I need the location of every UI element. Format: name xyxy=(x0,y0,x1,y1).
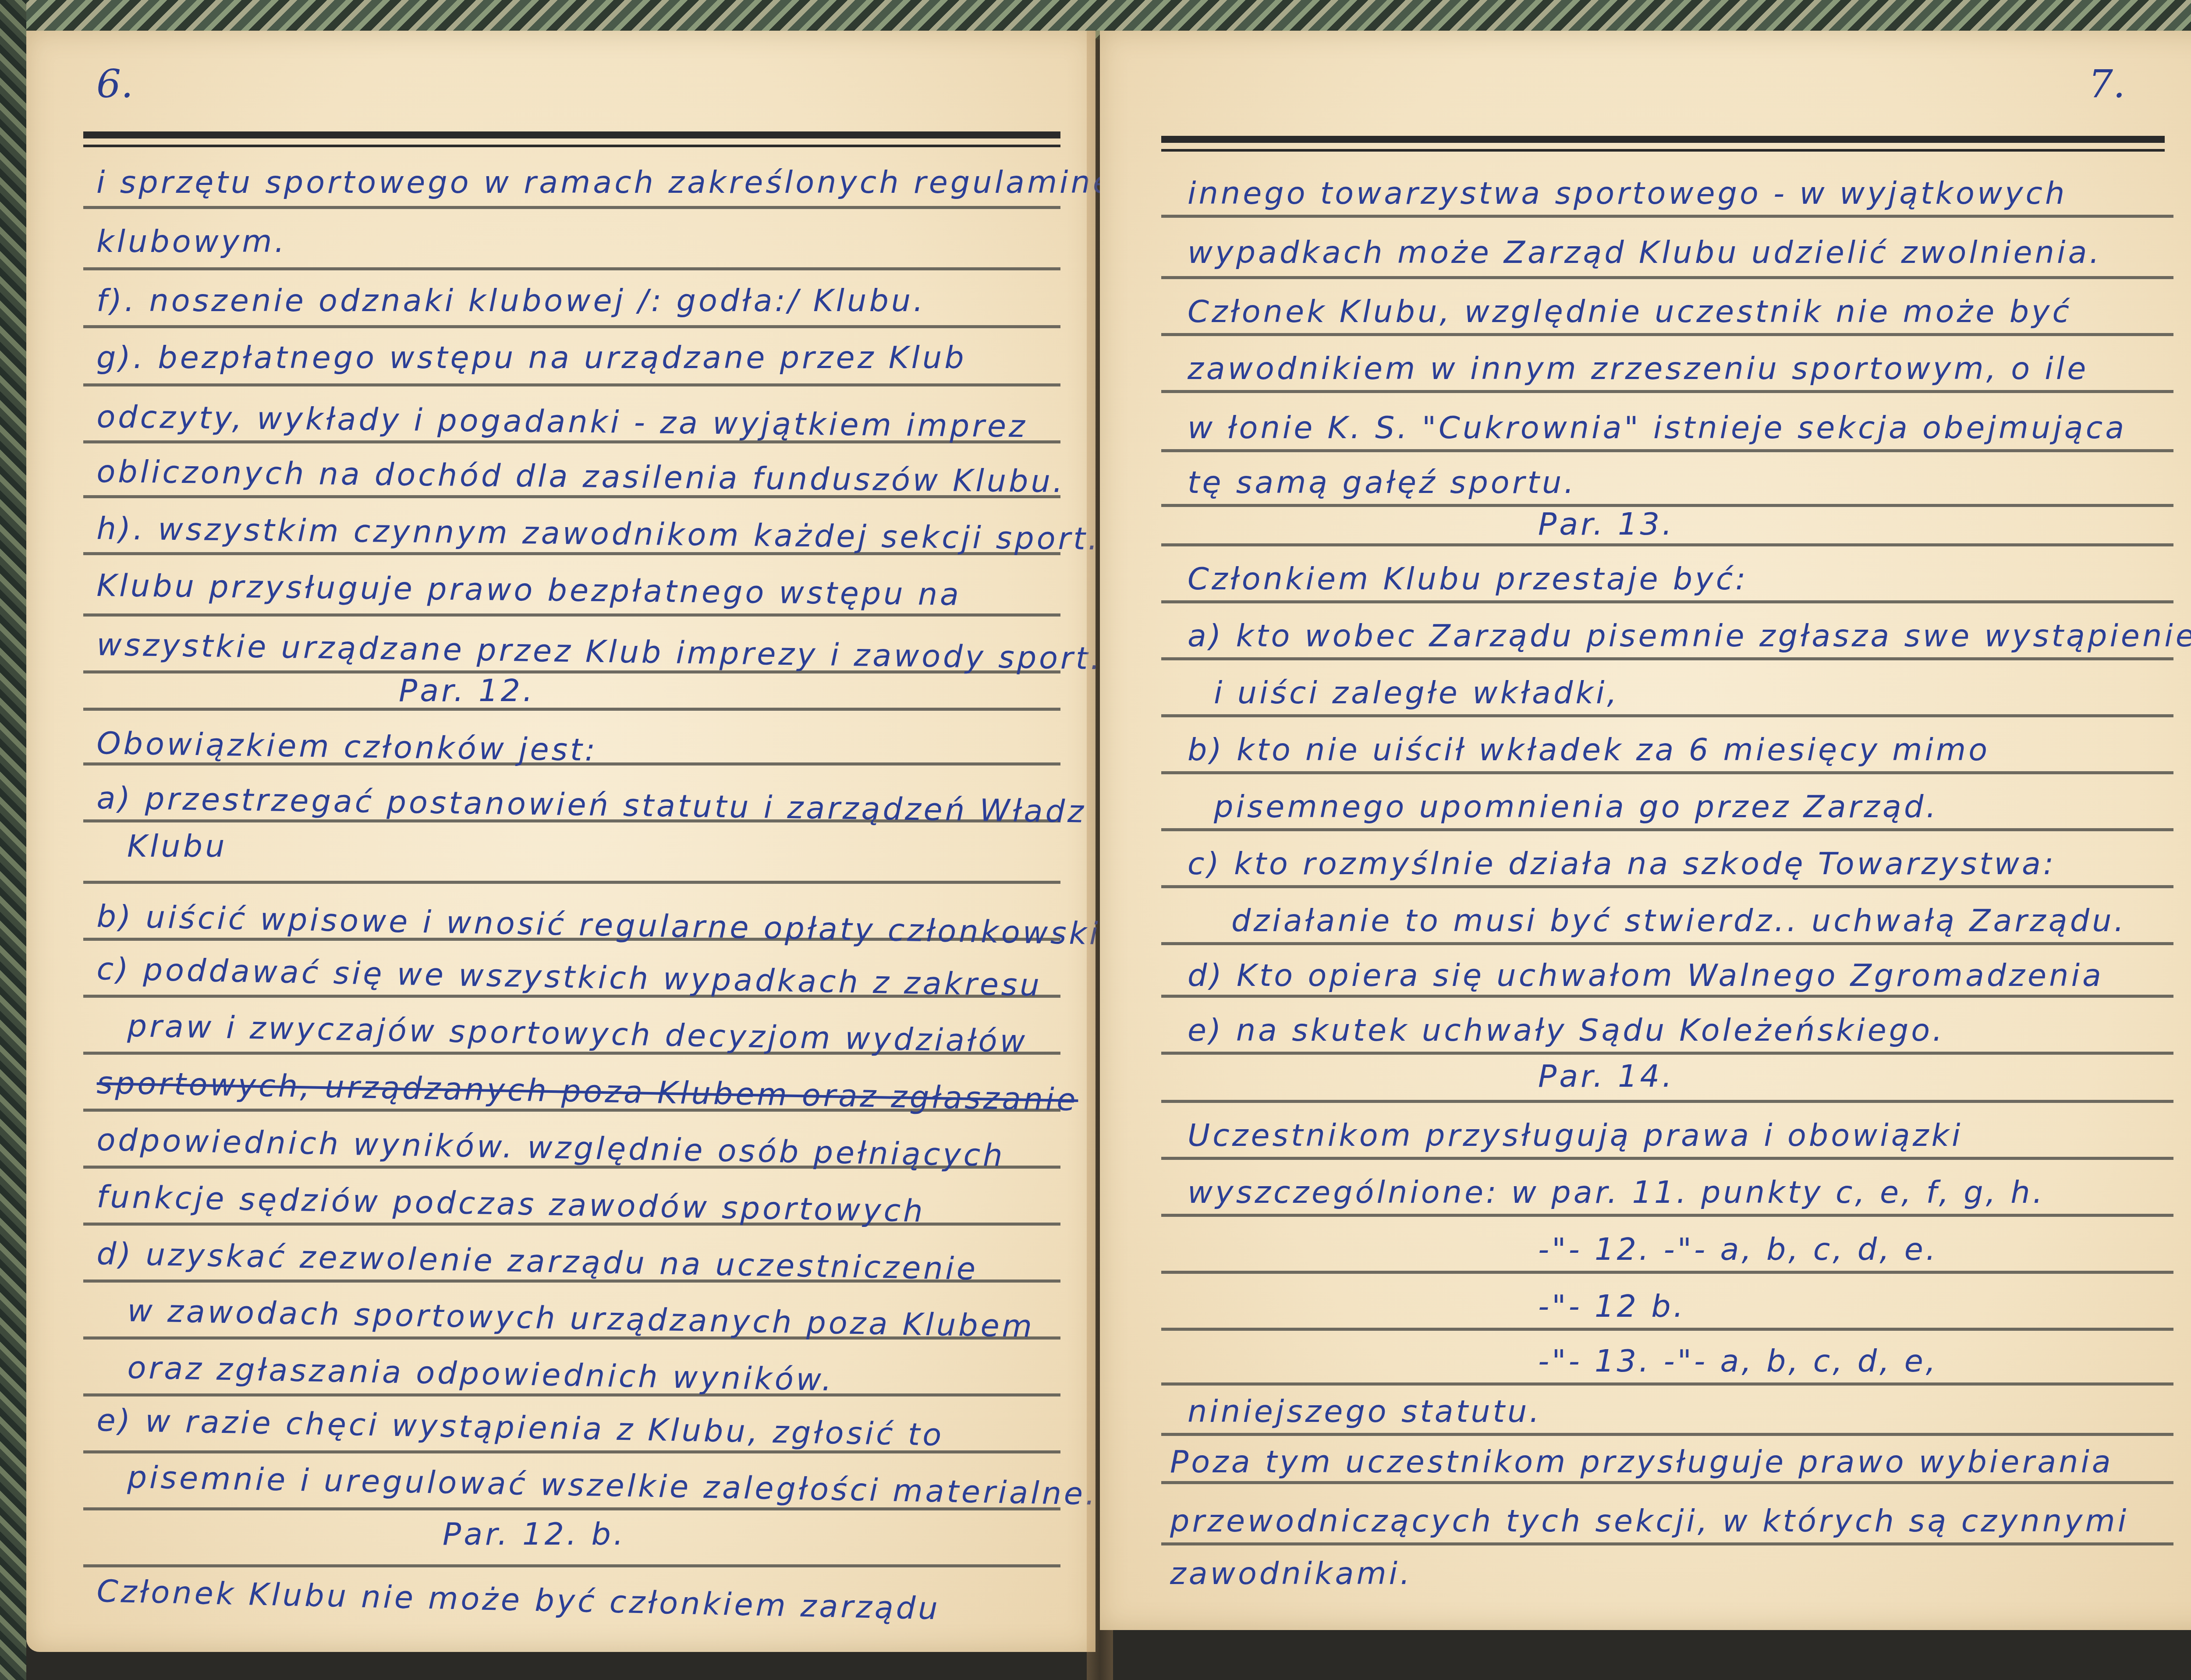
handwritten-line: pisemnie i uregulować wszelkie zaległośc… xyxy=(127,1459,1098,1512)
ruled-line xyxy=(83,206,1060,209)
handwritten-line: f). noszenie odznaki klubowej /: godła:/… xyxy=(96,283,925,319)
handwritten-line: Członek Klubu nie może być członkiem zar… xyxy=(96,1573,940,1627)
handwritten-line: -"- 13. -"- a, b, c, d, e, xyxy=(1538,1343,1938,1379)
ruled-line xyxy=(1161,333,2173,336)
handwritten-line: g). bezpłatnego wstępu na urządzane prze… xyxy=(96,340,967,376)
ruled-line xyxy=(1161,714,2173,717)
handwritten-line: oraz zgłaszania odpowiednich wyników. xyxy=(127,1350,834,1398)
handwritten-line: -"- 12. -"- a, b, c, d, e. xyxy=(1538,1231,1938,1267)
handwritten-line: obliczonych na dochód dla zasilenia fund… xyxy=(96,454,1066,500)
handwritten-line: w łonie K. S. "Cukrownia" istnieje sekcj… xyxy=(1188,410,2127,446)
handwritten-line: funkcje sędziów podczas zawodów sportowy… xyxy=(96,1179,925,1229)
page-number: 7. xyxy=(2088,61,2125,106)
ruled-line xyxy=(1161,1214,2173,1217)
handwritten-line: d) Kto opiera się uchwałom Walnego Zgrom… xyxy=(1188,957,2104,993)
ruled-line xyxy=(1161,1542,2173,1545)
ruled-line xyxy=(83,613,1060,617)
ruled-line xyxy=(1161,276,2173,279)
left-page: 6. i sprzętu sportowego w ramach zakreśl… xyxy=(26,31,1095,1652)
handwritten-line: klubowym. xyxy=(96,223,287,259)
handwritten-line: e) na skutek uchwały Sądu Koleżeńskiego. xyxy=(1188,1012,1945,1048)
handwritten-line: e) w razie chęci wystąpienia z Klubu, zg… xyxy=(96,1402,944,1453)
ruled-line xyxy=(1161,995,2173,998)
handwritten-line: -"- 12 b. xyxy=(1538,1288,1686,1324)
ruled-line xyxy=(1161,1100,2173,1103)
handwritten-line: wyszczególnione: w par. 11. punkty c, e,… xyxy=(1188,1174,2045,1210)
ruled-line xyxy=(1161,828,2173,831)
handwritten-line: wypadkach może Zarząd Klubu udzielić zwo… xyxy=(1188,234,2102,270)
paragraph-heading: Par. 14. xyxy=(1538,1058,1674,1094)
handwritten-line: zawodnikiem w innym zrzeszeniu sportowym… xyxy=(1188,351,2088,386)
handwritten-line: Obowiązkiem członków jest: xyxy=(96,725,598,768)
handwritten-line: Klubu przysługuje prawo bezpłatnego wstę… xyxy=(96,567,961,613)
handwritten-line: b) kto nie uiścił wkładek za 6 miesięcy … xyxy=(1188,732,1990,768)
ruled-line xyxy=(1161,1157,2173,1160)
handwritten-line: i sprzętu sportowego w ramach zakreślony… xyxy=(96,164,1147,200)
header-double-rule xyxy=(1161,136,2165,152)
ruled-line xyxy=(1161,1382,2173,1386)
handwritten-line: przewodniczących tych sekcji, w których … xyxy=(1170,1503,2129,1539)
ruled-line xyxy=(83,383,1060,386)
ruled-line xyxy=(83,1393,1060,1396)
handwritten-line: Poza tym uczestnikom przysługuje prawo w… xyxy=(1170,1444,2113,1480)
ruled-line xyxy=(83,881,1060,884)
handwritten-line: działanie to musi być stwierdz.. uchwałą… xyxy=(1231,903,2127,939)
handwritten-line: odczyty, wykłady i pogadanki - za wyjątk… xyxy=(96,399,1028,444)
ruled-line xyxy=(1161,390,2173,393)
paragraph-heading: Par. 12. b. xyxy=(443,1516,626,1552)
handwritten-line: Członkiem Klubu przestaje być: xyxy=(1188,561,1748,597)
handwritten-line: Uczestnikom przysługują prawa i obowiązk… xyxy=(1188,1117,1963,1153)
header-double-rule xyxy=(83,131,1060,147)
handwritten-line: zawodnikami. xyxy=(1170,1556,1412,1591)
ruled-line xyxy=(83,325,1060,328)
ruled-line xyxy=(1161,1052,2173,1055)
ruled-line xyxy=(1161,657,2173,660)
handwritten-line: Członek Klubu, względnie uczestnik nie m… xyxy=(1188,294,2072,330)
page-number: 6. xyxy=(96,61,133,106)
ruled-line xyxy=(1161,600,2173,603)
ruled-line xyxy=(1161,1433,2173,1436)
handwritten-line: tę samą gałęź sportu. xyxy=(1188,464,1577,500)
right-page: 7. innego towarzystwa sportowego - w wyj… xyxy=(1100,31,2191,1630)
ruled-line xyxy=(1161,449,2173,452)
ruled-line xyxy=(1161,1481,2173,1484)
ruled-line xyxy=(1161,215,2173,218)
ruled-line xyxy=(83,708,1060,711)
handwritten-line: wszystkie urządzane przez Klub imprezy i… xyxy=(96,627,1103,677)
handwritten-line: h). wszystkim czynnym zawodnikom każdej … xyxy=(96,510,1100,557)
ruled-line xyxy=(1161,1271,2173,1274)
handwritten-line: i uiści zaległe wkładki, xyxy=(1214,675,1620,711)
handwritten-line: niniejszego statutu. xyxy=(1188,1393,1542,1429)
handwritten-line: b) uiścić wpisowe i wnosić regularne opł… xyxy=(96,898,1135,952)
handwritten-line: a) kto wobec Zarządu pisemnie zgłasza sw… xyxy=(1188,618,2191,654)
handwritten-line: c) kto rozmyślnie działa na szkodę Towar… xyxy=(1188,846,2056,882)
ruled-line xyxy=(1161,942,2173,945)
ruled-line xyxy=(1161,1328,2173,1331)
handwritten-line: pisemnego upomnienia go przez Zarząd. xyxy=(1214,789,1939,825)
handwritten-line: Klubu xyxy=(127,828,227,864)
ruled-line xyxy=(1161,885,2173,888)
handwritten-line: innego towarzystwa sportowego - w wyjątk… xyxy=(1188,175,2067,211)
paragraph-heading: Par. 12. xyxy=(399,673,535,709)
book-cover-left-edge xyxy=(0,0,26,1680)
ruled-line xyxy=(1161,543,2173,546)
ruled-line xyxy=(1161,771,2173,774)
ruled-line xyxy=(83,267,1060,270)
ruled-line xyxy=(83,1564,1060,1567)
paragraph-heading: Par. 13. xyxy=(1538,506,1674,542)
